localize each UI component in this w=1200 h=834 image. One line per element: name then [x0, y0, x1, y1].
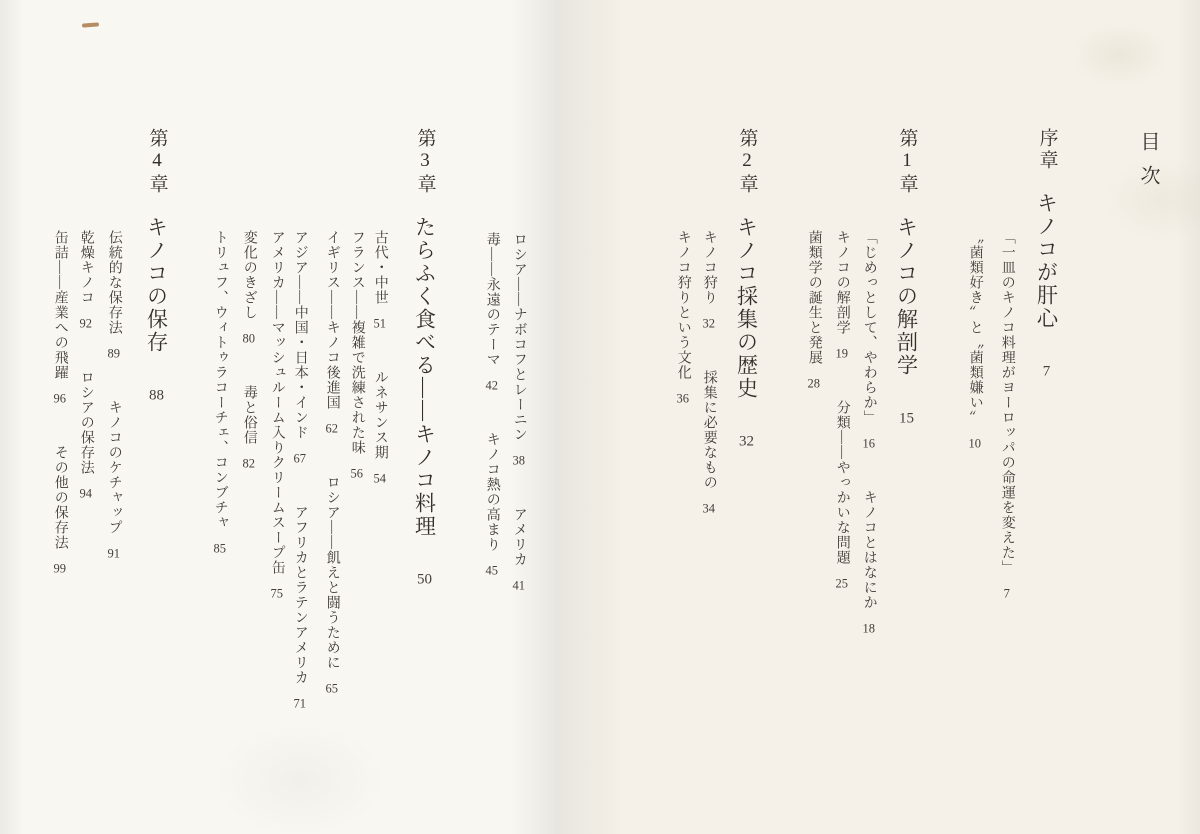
items-column: 毒——永遠のテーマ42キノコ熱の高まり45: [481, 232, 503, 576]
chapter-column-1: 第1章キノコの解剖学15: [890, 128, 923, 426]
toc-item: 採集に必要なもの34: [702, 370, 717, 515]
item-text: アフリカとラテンアメリカ: [293, 505, 308, 685]
chapter-page-number: 50: [417, 572, 433, 587]
item-text: 毒と俗信: [242, 385, 257, 445]
item-page-number: 80: [242, 332, 256, 345]
toc-item: 菌類学の誕生と発展28: [807, 230, 822, 390]
toc-item: 毒と俗信82: [242, 385, 257, 470]
items-column: 缶詰——産業への飛躍96その他の保存法99: [49, 230, 71, 574]
chapter-label: 第2章: [737, 128, 758, 196]
item-page-number: 62: [325, 422, 339, 435]
items-column: 古代・中世51ルネサンス期54: [369, 230, 391, 484]
item-page-number: 85: [213, 542, 227, 555]
scan-artifact-mark: [82, 22, 99, 27]
chapter-title: キノコが肝心: [1035, 192, 1059, 330]
item-page-number: 18: [862, 622, 876, 635]
toc-item: キノコ狩り32: [702, 230, 717, 330]
chapter-label: 第1章: [897, 128, 918, 196]
toc-item: ロシアの保存法94: [79, 370, 94, 500]
items-column: 菌類学の誕生と発展28: [803, 230, 825, 390]
item-text: アジア——中国・日本・インド: [293, 230, 308, 440]
toc-item: 毒——永遠のテーマ42: [485, 232, 500, 392]
item-text: 「一皿のキノコ料理がヨーロッパの命運を変えた」: [1000, 230, 1015, 575]
toc-item: ロシア——飢えと闘うために65: [325, 475, 340, 695]
page-title: 目次: [1132, 131, 1163, 199]
toc-item: アフリカとラテンアメリカ71: [293, 505, 308, 710]
chapter-label: 第3章: [415, 128, 436, 196]
item-text: アメリカ: [512, 507, 527, 567]
items-column: 変化のきざし80毒と俗信82: [238, 230, 260, 469]
chapter-page-number: 7: [1039, 364, 1055, 379]
toc-item: 〝菌類好き〟と〝菌類嫌い〟10: [968, 230, 983, 450]
item-page-number: 41: [512, 579, 526, 592]
item-text: キノコとはなにか: [862, 490, 877, 610]
chapter-page-number: 32: [739, 434, 755, 449]
item-page-number: 96: [53, 392, 67, 405]
toc-item: アメリカ41: [512, 507, 527, 592]
item-page-number: 51: [373, 317, 387, 330]
toc-item: キノコのケチャップ91: [107, 400, 122, 560]
toc-item: キノコの解剖学19: [835, 230, 850, 360]
item-text: 「じめっとして、やわらか」: [862, 230, 877, 425]
items-column: キノコ狩り32採集に必要なもの34: [698, 230, 720, 514]
items-column: 「一皿のキノコ料理がヨーロッパの命運を変えた」7: [996, 230, 1018, 600]
chapter-title: キノコ採集の歴史: [735, 216, 759, 400]
item-text: 変化のきざし: [242, 230, 257, 320]
toc-item: 分類——やっかいな問題25: [835, 400, 850, 590]
item-text: ロシア——飢えと闘うために: [325, 475, 340, 670]
item-page-number: 45: [485, 564, 499, 577]
items-column: アメリカ——マッシュルーム入りクリームスープ缶75: [266, 230, 288, 600]
item-text: キノコ狩り: [702, 230, 717, 305]
chapter-column-intro: 序章キノコが肝心7: [1030, 128, 1063, 379]
item-text: 缶詰——産業への飛躍: [53, 230, 68, 380]
items-column: イギリス——キノコ後進国62ロシア——飢えと闘うために65: [321, 230, 343, 694]
toc-item: 缶詰——産業への飛躍96: [53, 230, 68, 405]
item-text: その他の保存法: [53, 445, 68, 550]
item-page-number: 36: [676, 392, 690, 405]
items-column: キノコ狩りという文化36: [672, 230, 694, 405]
item-text: フランス——複雑で洗練された味: [350, 230, 365, 455]
toc-item: 古代・中世51: [373, 230, 388, 330]
chapter-column-4: 第4章キノコの保存88: [140, 128, 173, 403]
item-text: 〝菌類好き〟と〝菌類嫌い〟: [968, 230, 983, 425]
toc-item: キノコとはなにか18: [862, 490, 877, 635]
item-text: トリュフ、ウィトゥラコーチェ、コンブチャ: [213, 230, 228, 530]
chapter-page-number: 15: [899, 411, 915, 426]
items-column: 伝統的な保存法89キノコのケチャップ91: [103, 230, 125, 559]
item-text: アメリカ——マッシュルーム入りクリームスープ缶: [270, 230, 285, 575]
items-column: 〝菌類好き〟と〝菌類嫌い〟10: [964, 230, 986, 450]
chapter-title: キノコの保存: [145, 216, 169, 354]
item-page-number: 92: [79, 317, 93, 330]
item-page-number: 16: [862, 437, 876, 450]
item-page-number: 67: [293, 452, 307, 465]
item-text: ロシア——ナボコフとレーニン: [512, 232, 527, 442]
item-page-number: 94: [79, 487, 93, 500]
toc-item: トリュフ、ウィトゥラコーチェ、コンブチャ85: [213, 230, 228, 555]
item-page-number: 54: [373, 472, 387, 485]
item-text: キノコ熱の高まり: [485, 432, 500, 552]
toc-item: 「一皿のキノコ料理がヨーロッパの命運を変えた」7: [1000, 230, 1015, 600]
item-text: ルネサンス期: [373, 370, 388, 460]
toc-item: キノコ熱の高まり45: [485, 432, 500, 577]
chapter-label: 第4章: [147, 128, 168, 196]
item-page-number: 99: [53, 562, 67, 575]
item-page-number: 34: [702, 502, 716, 515]
toc-item: 変化のきざし80: [242, 230, 257, 345]
item-page-number: 38: [512, 454, 526, 467]
item-text: ロシアの保存法: [79, 370, 94, 475]
item-text: キノコの解剖学: [835, 230, 850, 335]
item-text: 菌類学の誕生と発展: [807, 230, 822, 365]
chapter-title: たらふく食べる——キノコ料理: [413, 216, 437, 538]
item-page-number: 25: [835, 577, 849, 590]
item-page-number: 82: [242, 457, 256, 470]
item-page-number: 10: [968, 437, 982, 450]
item-page-number: 89: [107, 347, 121, 360]
chapter-column-2: 第2章キノコ採集の歴史32: [730, 128, 763, 449]
toc-item: その他の保存法99: [53, 445, 68, 575]
item-text: 乾燥キノコ: [79, 230, 94, 305]
item-text: 古代・中世: [373, 230, 388, 305]
items-column: ロシア——ナボコフとレーニン38アメリカ41: [508, 232, 530, 591]
item-text: 伝統的な保存法: [107, 230, 122, 335]
item-text: キノコ狩りという文化: [676, 230, 691, 380]
toc-item: 「じめっとして、やわらか」16: [862, 230, 877, 450]
item-text: キノコのケチャップ: [107, 400, 122, 535]
items-column: キノコの解剖学19分類——やっかいな問題25: [831, 230, 853, 589]
item-page-number: 71: [293, 697, 307, 710]
chapter-column-3: 第3章たらふく食べる——キノコ料理50: [408, 128, 441, 587]
items-column: 「じめっとして、やわらか」16キノコとはなにか18: [858, 230, 880, 634]
toc-item: ルネサンス期54: [373, 370, 388, 485]
item-page-number: 42: [485, 379, 499, 392]
item-text: 採集に必要なもの: [702, 370, 717, 490]
item-page-number: 65: [325, 682, 339, 695]
item-page-number: 56: [350, 467, 364, 480]
chapter-label: 序章: [1037, 128, 1058, 172]
item-text: 分類——やっかいな問題: [835, 400, 850, 565]
items-column: フランス——複雑で洗練された味56: [346, 230, 368, 480]
item-page-number: 19: [835, 347, 849, 360]
chapter-title: キノコの解剖学: [895, 216, 919, 377]
toc-item: キノコ狩りという文化36: [676, 230, 691, 405]
items-column: アジア——中国・日本・インド67アフリカとラテンアメリカ71: [289, 230, 311, 709]
item-text: 毒——永遠のテーマ: [485, 232, 500, 367]
items-column: トリュフ、ウィトゥラコーチェ、コンブチャ85: [209, 230, 231, 555]
toc-item: ロシア——ナボコフとレーニン38: [512, 232, 527, 467]
items-column: 乾燥キノコ92ロシアの保存法94: [75, 230, 97, 499]
item-page-number: 91: [107, 547, 121, 560]
toc-item: フランス——複雑で洗練された味56: [350, 230, 365, 480]
toc-item: 乾燥キノコ92: [79, 230, 94, 330]
toc-item: アメリカ——マッシュルーム入りクリームスープ缶75: [270, 230, 285, 600]
item-page-number: 7: [1000, 587, 1014, 600]
item-page-number: 32: [702, 317, 716, 330]
toc-item: イギリス——キノコ後進国62: [325, 230, 340, 435]
item-text: イギリス——キノコ後進国: [325, 230, 340, 410]
item-page-number: 28: [807, 377, 821, 390]
toc-item: アジア——中国・日本・インド67: [293, 230, 308, 465]
chapter-page-number: 88: [149, 388, 165, 403]
item-page-number: 75: [270, 587, 284, 600]
toc-item: 伝統的な保存法89: [107, 230, 122, 360]
book-toc-spread: 目次 序章キノコが肝心7 「一皿のキノコ料理がヨーロッパの命運を変えた」7 〝菌…: [0, 0, 1200, 834]
